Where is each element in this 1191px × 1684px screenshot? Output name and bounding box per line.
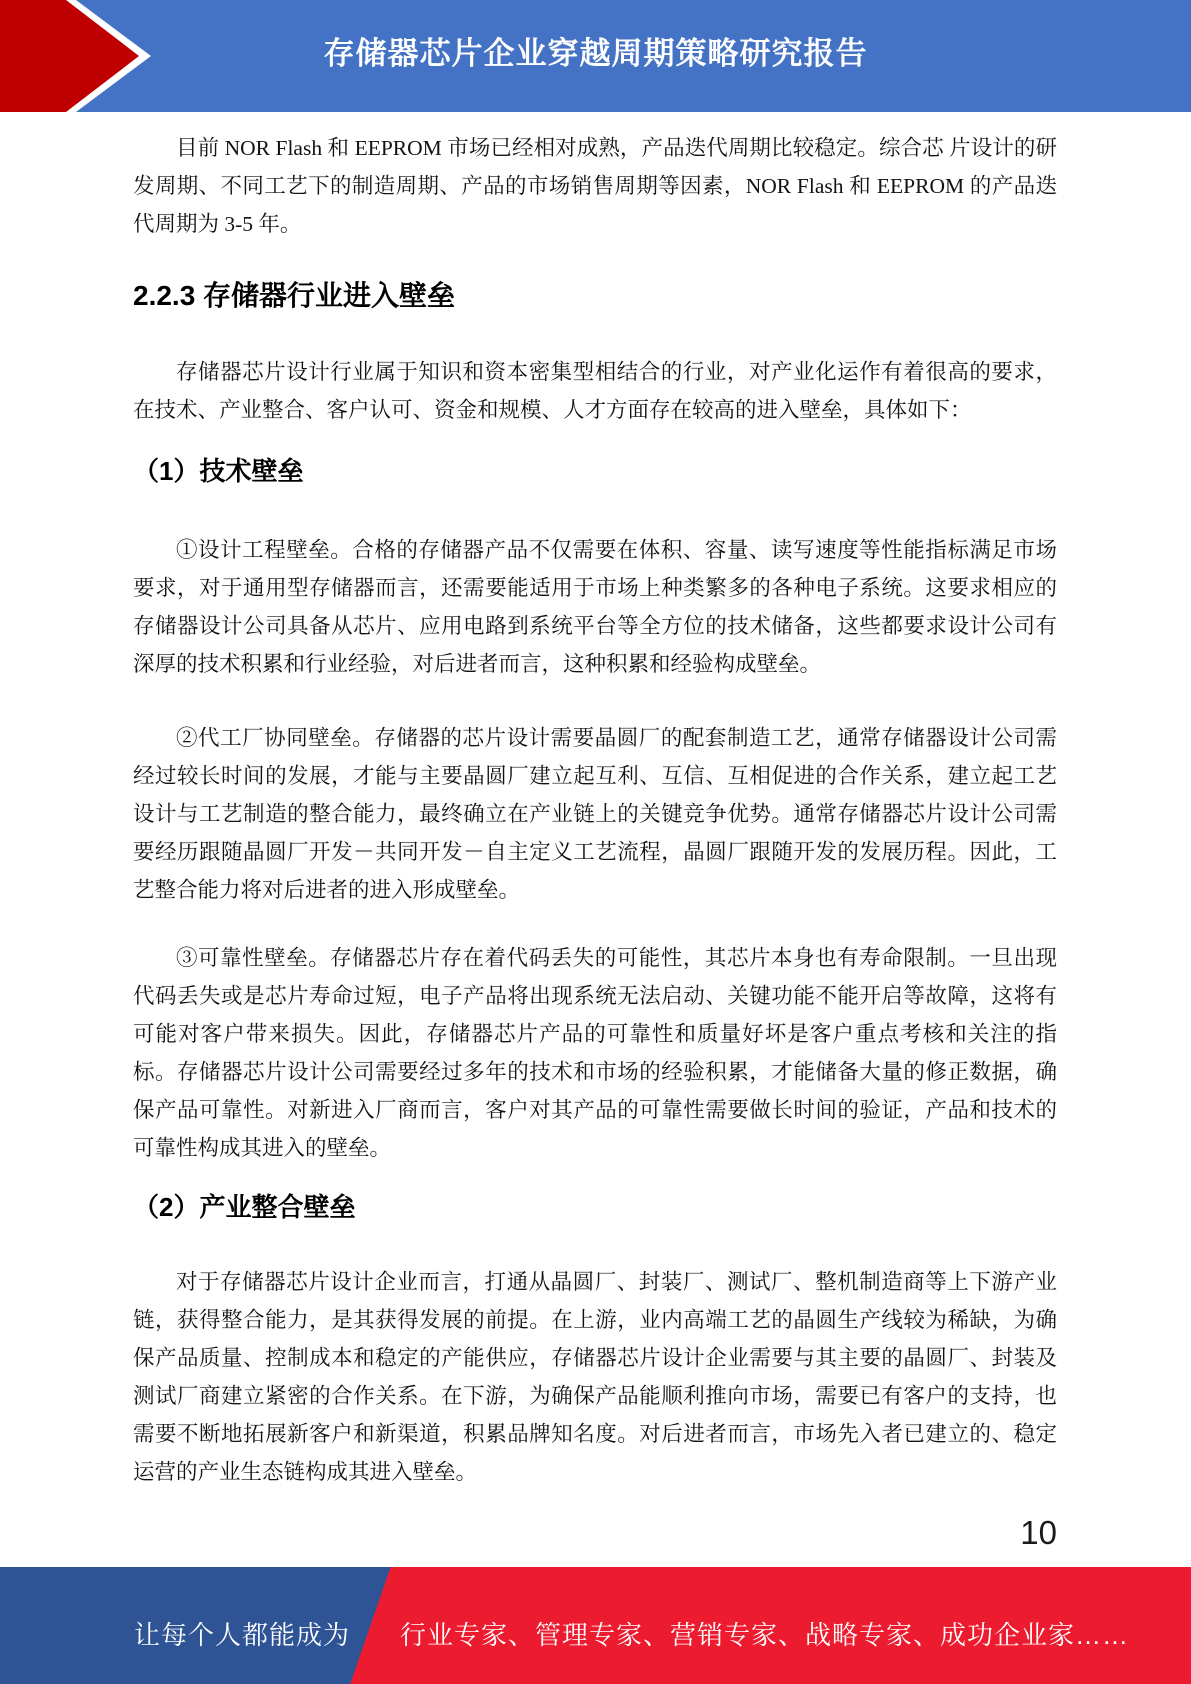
report-page: 存储器芯片企业穿越周期策略研究报告 目前 NOR Flash 和 EEPROM … (0, 0, 1191, 1684)
intro-paragraph: 目前 NOR Flash 和 EEPROM 市场已经相对成熟，产品迭代周期比较稳… (133, 129, 1057, 243)
tech-barrier-paragraph-2: ②代工厂协同壁垒。存储器的芯片设计需要晶圆厂的配套制造工艺，通常存储器设计公司需… (133, 719, 1057, 909)
page-footer: 让每个人都能成为 行业专家、管理专家、营销专家、战略专家、成功企业家…… (0, 1567, 1191, 1684)
page-header: 存储器芯片企业穿越周期策略研究报告 (0, 0, 1191, 112)
footer-left-slogan: 让每个人都能成为 (0, 1575, 350, 1684)
section-heading: 2.2.3 存储器行业进入壁垒 (133, 279, 1057, 313)
integration-barrier-paragraph: 对于存储器芯片设计企业而言，打通从晶圆厂、封装厂、测试厂、整机制造商等上下游产业… (133, 1263, 1057, 1491)
document-body: 目前 NOR Flash 和 EEPROM 市场已经相对成熟，产品迭代周期比较稳… (133, 112, 1057, 1553)
footer-right-slogan: 行业专家、管理专家、营销专家、战略专家、成功企业家…… (400, 1575, 1129, 1684)
tech-barrier-paragraph-3: ③可靠性壁垒。存储器芯片存在着代码丢失的可能性，其芯片本身也有寿命限制。一旦出现… (133, 939, 1057, 1167)
tech-barrier-paragraph-1: ①设计工程壁垒。合格的存储器产品不仅需要在体积、容量、读写速度等性能指标满足市场… (133, 531, 1057, 683)
subsection2-heading: （2）产业整合壁垒 (133, 1191, 1057, 1223)
page-number: 10 (133, 1513, 1057, 1553)
red-chevron-icon (0, 0, 158, 112)
subsection1-heading: （1）技术壁垒 (133, 455, 1057, 487)
report-title: 存储器芯片企业穿越周期策略研究报告 (324, 28, 868, 73)
section-intro-paragraph: 存储器芯片设计行业属于知识和资本密集型相结合的行业，对产业化运作有着很高的要求，… (133, 353, 1057, 429)
